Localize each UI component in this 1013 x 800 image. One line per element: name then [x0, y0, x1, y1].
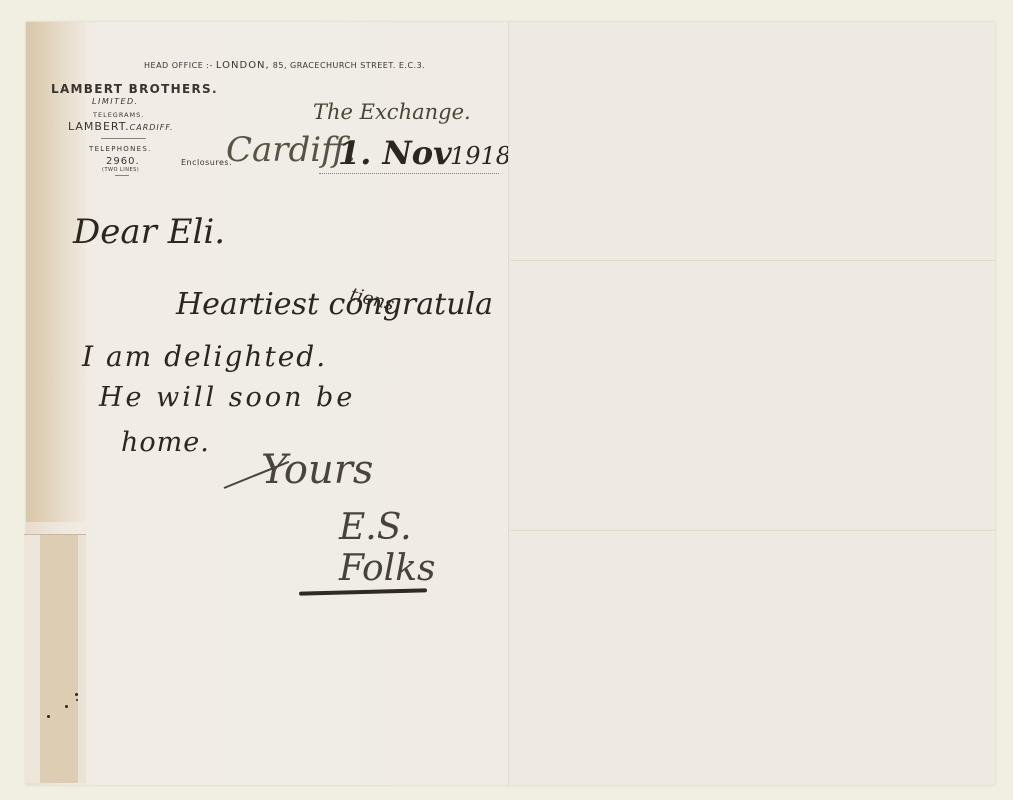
head-office-line: HEAD OFFICE :- LONDON, 85, GRACECHURCH S…	[144, 60, 425, 71]
head-office-label: HEAD OFFICE :-	[144, 61, 213, 70]
horizontal-fold	[510, 530, 995, 532]
telegram-name: LAMBERT.	[68, 120, 130, 133]
head-office-address: 85, GRACECHURCH STREET. E.C.3.	[273, 61, 425, 70]
repair-tape	[24, 534, 86, 783]
date-year: 1918	[450, 142, 511, 170]
age-stain	[26, 22, 86, 522]
location-line: The Exchange.	[313, 100, 471, 124]
pin-hole	[75, 693, 78, 696]
place-name: Cardiff.	[226, 130, 356, 170]
divider	[101, 138, 146, 139]
body-line-4: home.	[121, 427, 210, 458]
pin-hole	[47, 715, 50, 718]
head-office-city: LONDON,	[216, 60, 270, 71]
telephone-lines: (TWO LINES)	[102, 167, 139, 173]
letter-left-panel: HEAD OFFICE :- LONDON, 85, GRACECHURCH S…	[26, 22, 508, 785]
signature: E.S. Folks	[339, 507, 508, 589]
letter-right-panel	[510, 22, 995, 785]
signature-underline	[299, 588, 427, 595]
enclosures-label: Enclosures.	[181, 158, 232, 167]
pin-hole	[76, 699, 78, 701]
horizontal-fold	[510, 260, 995, 262]
salutation: Dear Eli.	[73, 212, 225, 252]
telegram-city: CARDIFF.	[130, 123, 174, 132]
body-line-3: He will soon be	[99, 382, 355, 413]
body-line-2: I am delighted.	[82, 340, 327, 373]
pin-hole	[65, 705, 68, 708]
telephone-number: 2960.	[106, 156, 140, 167]
date-day: 1. Nov	[338, 134, 452, 172]
letter-sheet: HEAD OFFICE :- LONDON, 85, GRACECHURCH S…	[26, 22, 995, 785]
body-line-1: Heartiest congratula	[176, 287, 493, 322]
telegram-address: LAMBERT.CARDIFF.	[68, 120, 174, 133]
telegrams-label: TELEGRAMS.	[93, 111, 144, 119]
date-dotted-line	[319, 173, 499, 174]
company-name: LAMBERT BROTHERS.	[51, 82, 218, 96]
telephones-label: TELEPHONES.	[89, 145, 152, 153]
closing: Yours	[261, 447, 373, 493]
company-suffix: LIMITED.	[92, 97, 139, 106]
divider	[115, 175, 129, 176]
